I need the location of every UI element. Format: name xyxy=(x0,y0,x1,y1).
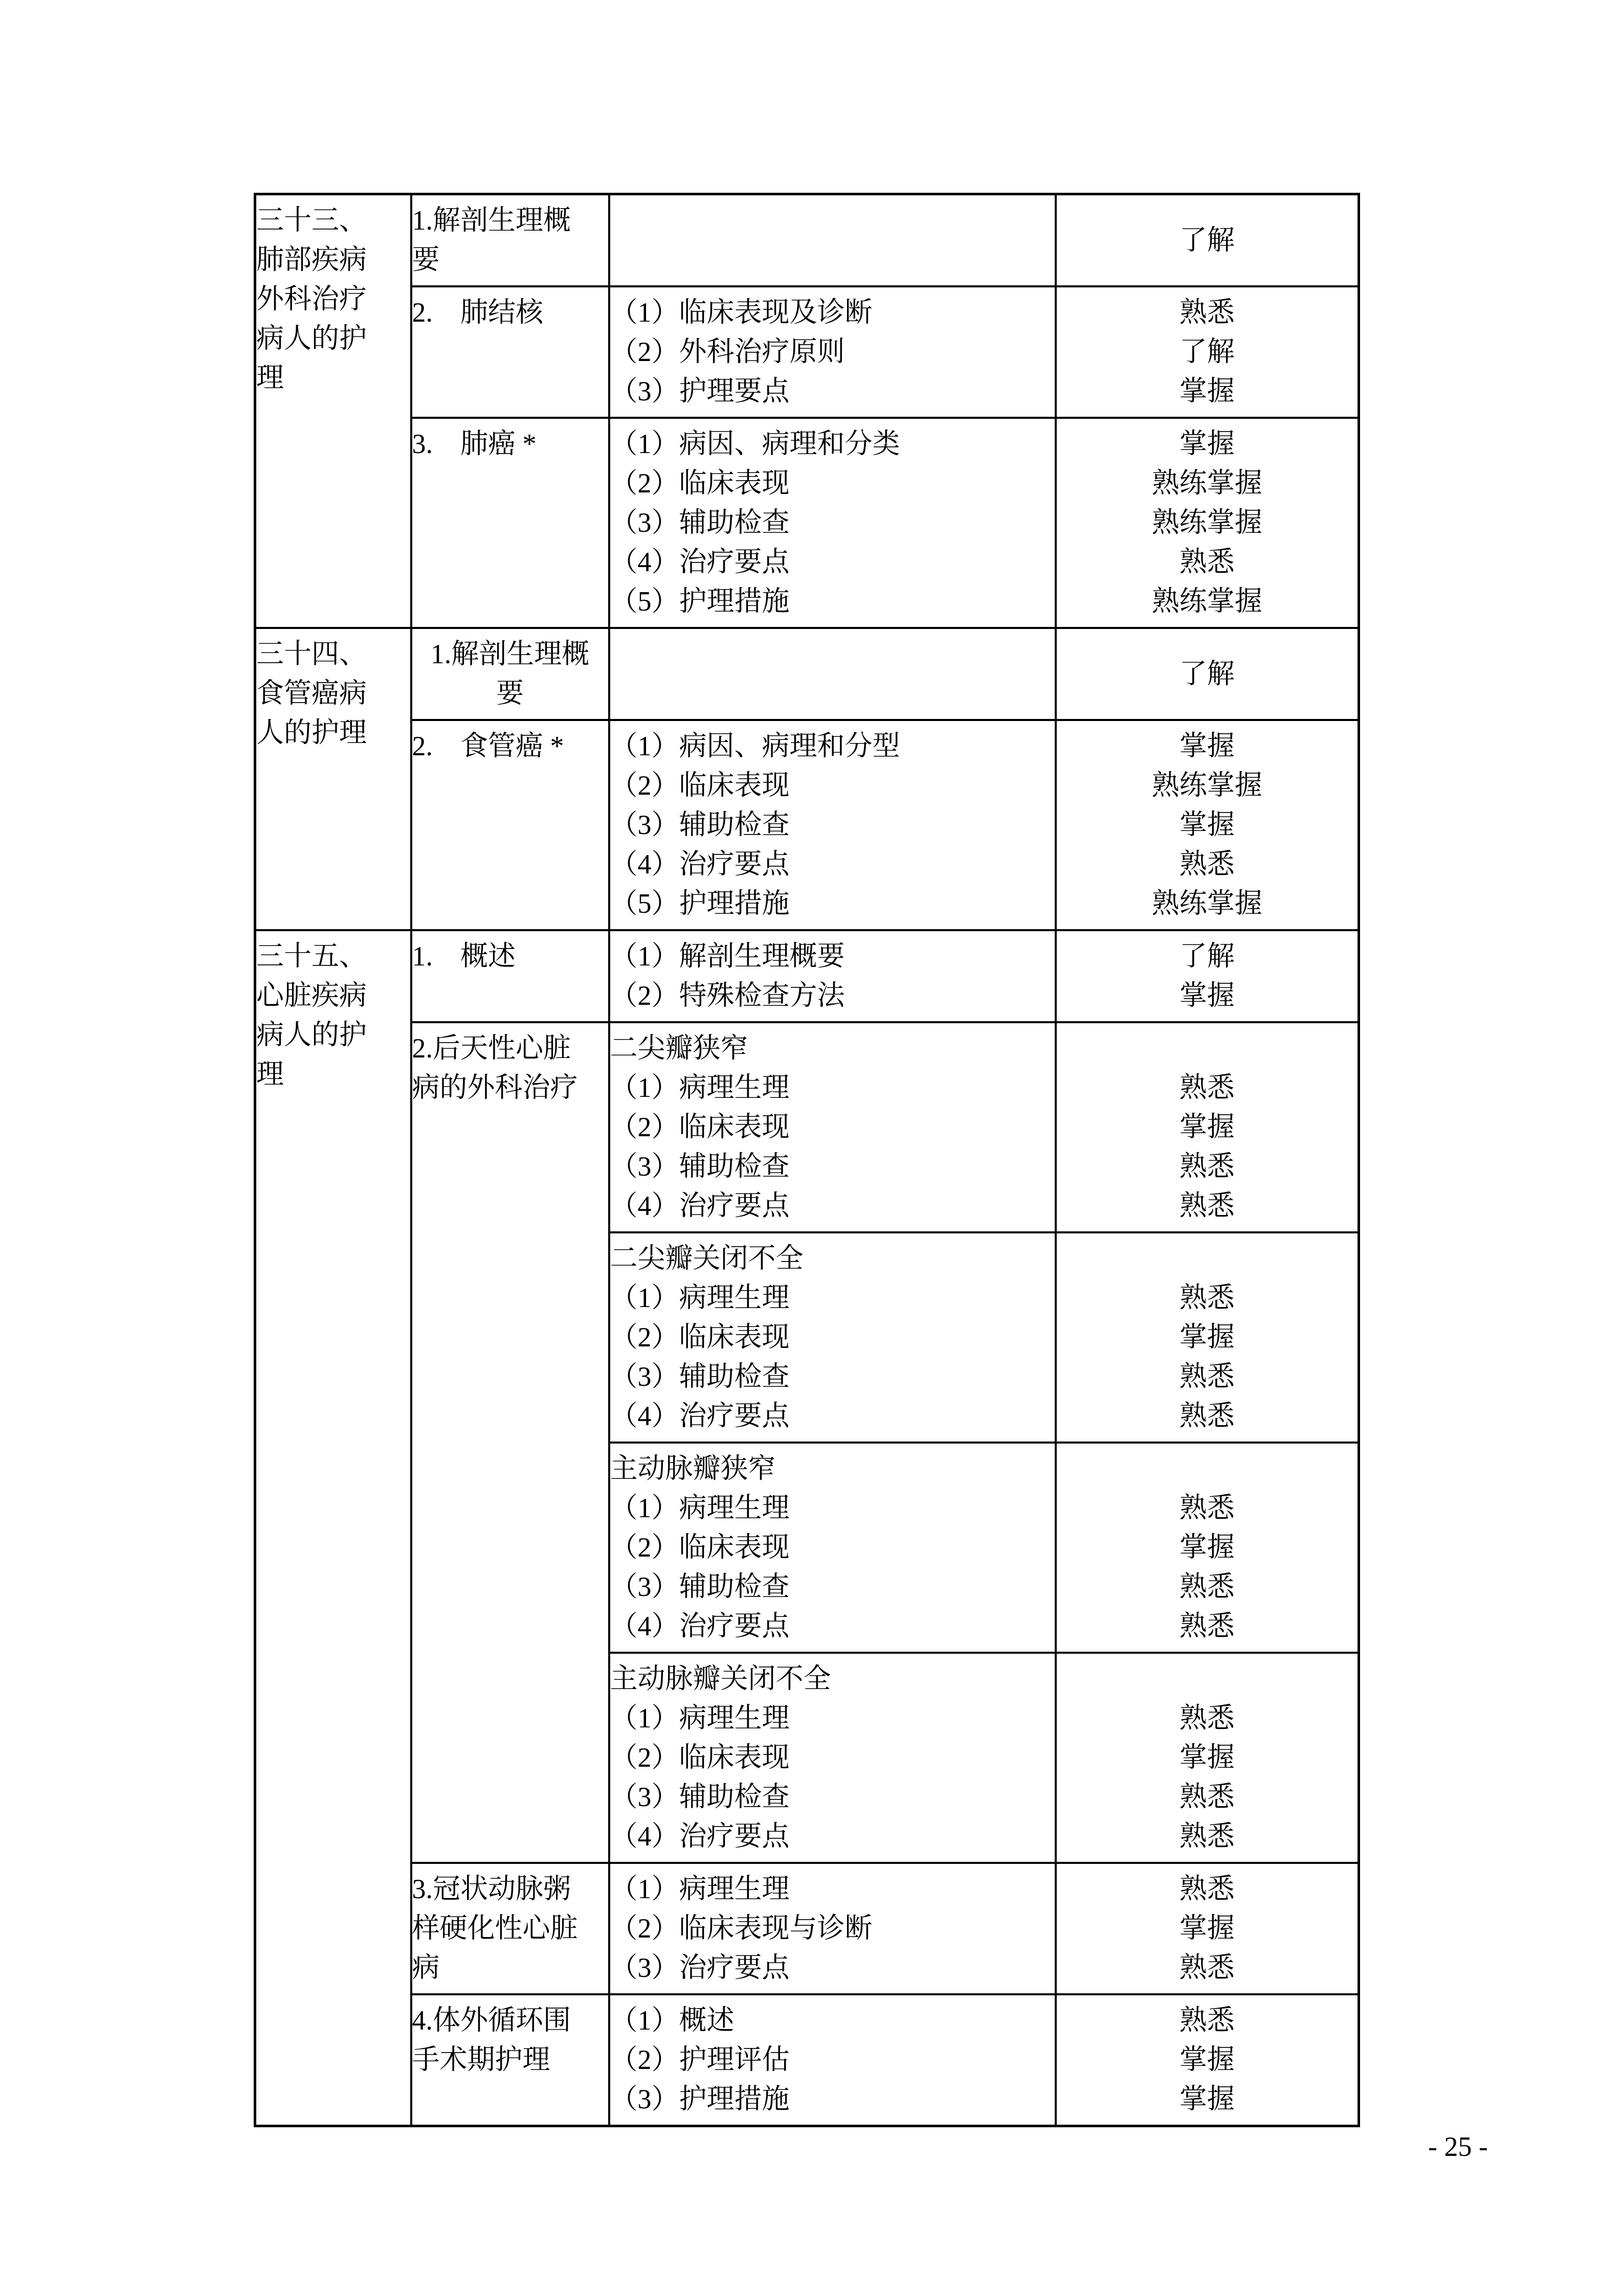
grade-line: 熟悉 xyxy=(1057,1186,1358,1226)
table-row: 三十三、肺部疾病外科治疗病人的护理1.解剖生理概要了解 xyxy=(255,194,1359,287)
content-line: （1）临床表现及诊断 xyxy=(610,293,1055,332)
chapter-line: 外科治疗 xyxy=(256,280,410,319)
grade-cell: 了解 xyxy=(1056,194,1359,287)
grade-line: 熟悉 xyxy=(1057,543,1358,582)
grade-line: 熟悉 xyxy=(1057,1567,1358,1607)
content-cell xyxy=(609,194,1056,287)
content-line: （2）临床表现 xyxy=(610,1108,1055,1147)
chapter-line: 病人的护 xyxy=(256,1016,410,1055)
content-line: （1）解剖生理概要 xyxy=(610,937,1055,976)
grade-line: 熟悉 xyxy=(1057,293,1358,332)
grade-line: 了解 xyxy=(1057,937,1358,976)
section-label-line: 2. 食管癌 * xyxy=(412,727,608,766)
grade-line: 熟悉 xyxy=(1057,1489,1358,1528)
table-row: 三十五、心脏疾病病人的护理1. 概述（1）解剖生理概要（2）特殊检查方法了解掌握 xyxy=(255,930,1359,1022)
grade-line: 熟悉 xyxy=(1057,2001,1358,2040)
content-line: （1）病理生理 xyxy=(610,1489,1055,1528)
content-line: 二尖瓣狭窄 xyxy=(610,1029,1055,1068)
grade-line: 掌握 xyxy=(1057,424,1358,464)
content-line: （3）辅助检查 xyxy=(610,805,1055,845)
section-label-line: 2.后天性心脏 xyxy=(412,1029,608,1068)
content-line: （3）护理要点 xyxy=(610,372,1055,411)
grade-line xyxy=(1057,1239,1358,1278)
table-row: 3.冠状动脉粥样硬化性心脏病（1）病理生理（2）临床表现与诊断（3）治疗要点熟悉… xyxy=(255,1863,1359,1994)
content-line: （1）概述 xyxy=(610,2001,1055,2040)
grade-line: 掌握 xyxy=(1057,1318,1358,1357)
syllabus-table: 三十三、肺部疾病外科治疗病人的护理1.解剖生理概要了解2. 肺结核（1）临床表现… xyxy=(254,193,1360,2127)
content-cell: （1）病理生理（2）临床表现与诊断（3）治疗要点 xyxy=(609,1863,1056,1994)
grade-cell: 熟悉掌握熟悉熟悉 xyxy=(1056,1443,1359,1653)
section-cell: 1.解剖生理概要 xyxy=(411,194,609,287)
section-cell: 3.冠状动脉粥样硬化性心脏病 xyxy=(411,1863,609,1994)
grade-cell: 熟悉掌握熟悉熟悉 xyxy=(1056,1022,1359,1232)
chapter-cell: 三十五、心脏疾病病人的护理 xyxy=(255,930,411,2126)
content-line: （2）临床表现与诊断 xyxy=(610,1909,1055,1948)
table-row: 2. 食管癌 *（1）病因、病理和分型（2）临床表现（3）辅助检查（4）治疗要点… xyxy=(255,720,1359,930)
section-label-line: 病 xyxy=(412,1948,608,1988)
section-label-line: 要 xyxy=(412,240,608,280)
chapter-line: 病人的护 xyxy=(256,319,410,358)
grade-line: 掌握 xyxy=(1057,1108,1358,1147)
content-line: （4）治疗要点 xyxy=(610,1186,1055,1226)
grade-line: 掌握 xyxy=(1057,2040,1358,2080)
grade-line: 熟悉 xyxy=(1057,1817,1358,1856)
grade-line: 掌握 xyxy=(1057,976,1358,1016)
grade-line: 熟悉 xyxy=(1057,1278,1358,1318)
content-line: （2）临床表现 xyxy=(610,464,1055,503)
grade-line: 掌握 xyxy=(1057,2080,1358,2119)
content-line: （1）病因、病理和分型 xyxy=(610,727,1055,766)
grade-line: 掌握 xyxy=(1057,1909,1358,1948)
table-row: 三十四、食管癌病人的护理1.解剖生理概要了解 xyxy=(255,628,1359,720)
content-line: （3）辅助检查 xyxy=(610,1147,1055,1186)
grade-line: 掌握 xyxy=(1057,727,1358,766)
chapter-line: 食管癌病 xyxy=(256,674,410,713)
grade-line: 熟练掌握 xyxy=(1057,582,1358,621)
chapter-cell: 三十三、肺部疾病外科治疗病人的护理 xyxy=(255,194,411,628)
content-line: 主动脉瓣狭窄 xyxy=(610,1449,1055,1489)
grade-cell: 熟悉掌握熟悉 xyxy=(1056,1863,1359,1994)
grade-cell: 掌握熟练掌握掌握熟悉熟练掌握 xyxy=(1056,720,1359,930)
section-cell: 2. 食管癌 * xyxy=(411,720,609,930)
content-line: （2）临床表现 xyxy=(610,1318,1055,1357)
table-row: 2. 肺结核（1）临床表现及诊断（2）外科治疗原则（3）护理要点熟悉了解掌握 xyxy=(255,286,1359,418)
grade-line: 熟悉 xyxy=(1057,1068,1358,1108)
grade-line: 掌握 xyxy=(1057,1528,1358,1567)
content-line: （2）护理评估 xyxy=(610,2040,1055,2080)
grade-line xyxy=(1057,1449,1358,1489)
grade-line: 熟悉 xyxy=(1057,1699,1358,1738)
content-line: （3）辅助检查 xyxy=(610,1777,1055,1817)
content-line: 二尖瓣关闭不全 xyxy=(610,1239,1055,1278)
grade-line: 掌握 xyxy=(1057,372,1358,411)
chapter-line: 三十三、 xyxy=(256,201,410,240)
grade-line: 熟悉 xyxy=(1057,1147,1358,1186)
chapter-line: 人的护理 xyxy=(256,713,410,753)
content-cell: （1）临床表现及诊断（2）外科治疗原则（3）护理要点 xyxy=(609,286,1056,418)
grade-cell: 熟悉了解掌握 xyxy=(1056,286,1359,418)
table-row: 2.后天性心脏病的外科治疗二尖瓣狭窄（1）病理生理（2）临床表现（3）辅助检查（… xyxy=(255,1022,1359,1232)
grade-line: 熟练掌握 xyxy=(1057,503,1358,543)
grade-cell: 熟悉掌握熟悉熟悉 xyxy=(1056,1653,1359,1863)
grade-line: 了解 xyxy=(1057,332,1358,372)
section-label-line: 1.解剖生理概 xyxy=(412,635,608,674)
syllabus-table-body: 三十三、肺部疾病外科治疗病人的护理1.解剖生理概要了解2. 肺结核（1）临床表现… xyxy=(255,194,1359,2126)
content-line: （1）病理生理 xyxy=(610,1278,1055,1318)
content-line: （2）临床表现 xyxy=(610,1528,1055,1567)
content-line: （3）护理措施 xyxy=(610,2080,1055,2119)
grade-line: 熟悉 xyxy=(1057,1948,1358,1988)
content-line: （4）治疗要点 xyxy=(610,1397,1055,1436)
table-row: 4.体外循环围手术期护理（1）概述（2）护理评估（3）护理措施熟悉掌握掌握 xyxy=(255,1994,1359,2126)
chapter-line: 心脏疾病 xyxy=(256,976,410,1016)
content-line: （1）病因、病理和分类 xyxy=(610,424,1055,464)
content-line: （4）治疗要点 xyxy=(610,1817,1055,1856)
grade-line: 掌握 xyxy=(1057,1738,1358,1777)
section-label-line: 样硬化性心脏 xyxy=(412,1909,608,1948)
content-line: （2）特殊检查方法 xyxy=(610,976,1055,1016)
grade-line: 熟练掌握 xyxy=(1057,464,1358,503)
grade-line: 熟悉 xyxy=(1057,1397,1358,1436)
section-label-line: 3.冠状动脉粥 xyxy=(412,1870,608,1909)
grade-line: 了解 xyxy=(1057,655,1358,694)
chapter-line: 三十四、 xyxy=(256,635,410,674)
table-row: 3. 肺癌 *（1）病因、病理和分类（2）临床表现（3）辅助检查（4）治疗要点（… xyxy=(255,418,1359,628)
grade-cell: 掌握熟练掌握熟练掌握熟悉熟练掌握 xyxy=(1056,418,1359,628)
content-line: （2）临床表现 xyxy=(610,1738,1055,1777)
content-cell xyxy=(609,628,1056,720)
content-line: （3）辅助检查 xyxy=(610,1567,1055,1607)
content-line: （3）辅助检查 xyxy=(610,1357,1055,1397)
section-label-line: 3. 肺癌 * xyxy=(412,424,608,464)
grade-line: 掌握 xyxy=(1057,805,1358,845)
grade-line xyxy=(1057,1029,1358,1068)
content-line: （4）治疗要点 xyxy=(610,845,1055,884)
grade-line: 熟悉 xyxy=(1057,1777,1358,1817)
grade-line: 熟悉 xyxy=(1057,1357,1358,1397)
section-cell: 1. 概述 xyxy=(411,930,609,1022)
content-cell: （1）解剖生理概要（2）特殊检查方法 xyxy=(609,930,1056,1022)
content-cell: 主动脉瓣关闭不全（1）病理生理（2）临床表现（3）辅助检查（4）治疗要点 xyxy=(609,1653,1056,1863)
grade-cell: 熟悉掌握掌握 xyxy=(1056,1994,1359,2126)
section-label-line: 1.解剖生理概 xyxy=(412,201,608,240)
content-line: （2）外科治疗原则 xyxy=(610,332,1055,372)
grade-line: 熟练掌握 xyxy=(1057,884,1358,924)
grade-line: 熟悉 xyxy=(1057,845,1358,884)
chapter-line: 三十五、 xyxy=(256,937,410,976)
section-label-line: 要 xyxy=(412,674,608,713)
content-cell: （1）病因、病理和分型（2）临床表现（3）辅助检查（4）治疗要点（5）护理措施 xyxy=(609,720,1056,930)
section-label-line: 4.体外循环围 xyxy=(412,2001,608,2040)
grade-line: 熟练掌握 xyxy=(1057,766,1358,805)
chapter-line: 理 xyxy=(256,358,410,398)
section-label-line: 病的外科治疗 xyxy=(412,1068,608,1108)
grade-cell: 了解掌握 xyxy=(1056,930,1359,1022)
content-cell: （1）病因、病理和分类（2）临床表现（3）辅助检查（4）治疗要点（5）护理措施 xyxy=(609,418,1056,628)
content-line: （3）治疗要点 xyxy=(610,1948,1055,1988)
content-line: （1）病理生理 xyxy=(610,1699,1055,1738)
grade-line xyxy=(1057,1659,1358,1699)
section-cell: 1.解剖生理概要 xyxy=(411,628,609,720)
content-cell: 二尖瓣关闭不全（1）病理生理（2）临床表现（3）辅助检查（4）治疗要点 xyxy=(609,1232,1056,1443)
grade-cell: 熟悉掌握熟悉熟悉 xyxy=(1056,1232,1359,1443)
content-line: （4）治疗要点 xyxy=(610,543,1055,582)
content-cell: （1）概述（2）护理评估（3）护理措施 xyxy=(609,1994,1056,2126)
section-cell: 2. 肺结核 xyxy=(411,286,609,418)
section-cell: 4.体外循环围手术期护理 xyxy=(411,1994,609,2126)
section-cell: 3. 肺癌 * xyxy=(411,418,609,628)
content-line: （5）护理措施 xyxy=(610,582,1055,621)
content-line: （1）病理生理 xyxy=(610,1870,1055,1909)
section-label-line: 手术期护理 xyxy=(412,2040,608,2080)
section-label-line: 2. 肺结核 xyxy=(412,293,608,332)
page-number: - 25 - xyxy=(1428,2127,1488,2167)
section-label-line: 1. 概述 xyxy=(412,937,608,976)
chapter-line: 肺部疾病 xyxy=(256,240,410,280)
chapter-line: 理 xyxy=(256,1055,410,1094)
content-line: （3）辅助检查 xyxy=(610,503,1055,543)
chapter-cell: 三十四、食管癌病人的护理 xyxy=(255,628,411,930)
section-cell: 2.后天性心脏病的外科治疗 xyxy=(411,1022,609,1863)
content-cell: 主动脉瓣狭窄（1）病理生理（2）临床表现（3）辅助检查（4）治疗要点 xyxy=(609,1443,1056,1653)
content-line: （5）护理措施 xyxy=(610,884,1055,924)
content-line: （4）治疗要点 xyxy=(610,1607,1055,1646)
content-line: （2）临床表现 xyxy=(610,766,1055,805)
grade-line: 了解 xyxy=(1057,221,1358,260)
content-cell: 二尖瓣狭窄（1）病理生理（2）临床表现（3）辅助检查（4）治疗要点 xyxy=(609,1022,1056,1232)
document-page: 三十三、肺部疾病外科治疗病人的护理1.解剖生理概要了解2. 肺结核（1）临床表现… xyxy=(0,0,1624,2296)
grade-cell: 了解 xyxy=(1056,628,1359,720)
grade-line: 熟悉 xyxy=(1057,1870,1358,1909)
content-line: （1）病理生理 xyxy=(610,1068,1055,1108)
grade-line: 熟悉 xyxy=(1057,1607,1358,1646)
content-line: 主动脉瓣关闭不全 xyxy=(610,1659,1055,1699)
